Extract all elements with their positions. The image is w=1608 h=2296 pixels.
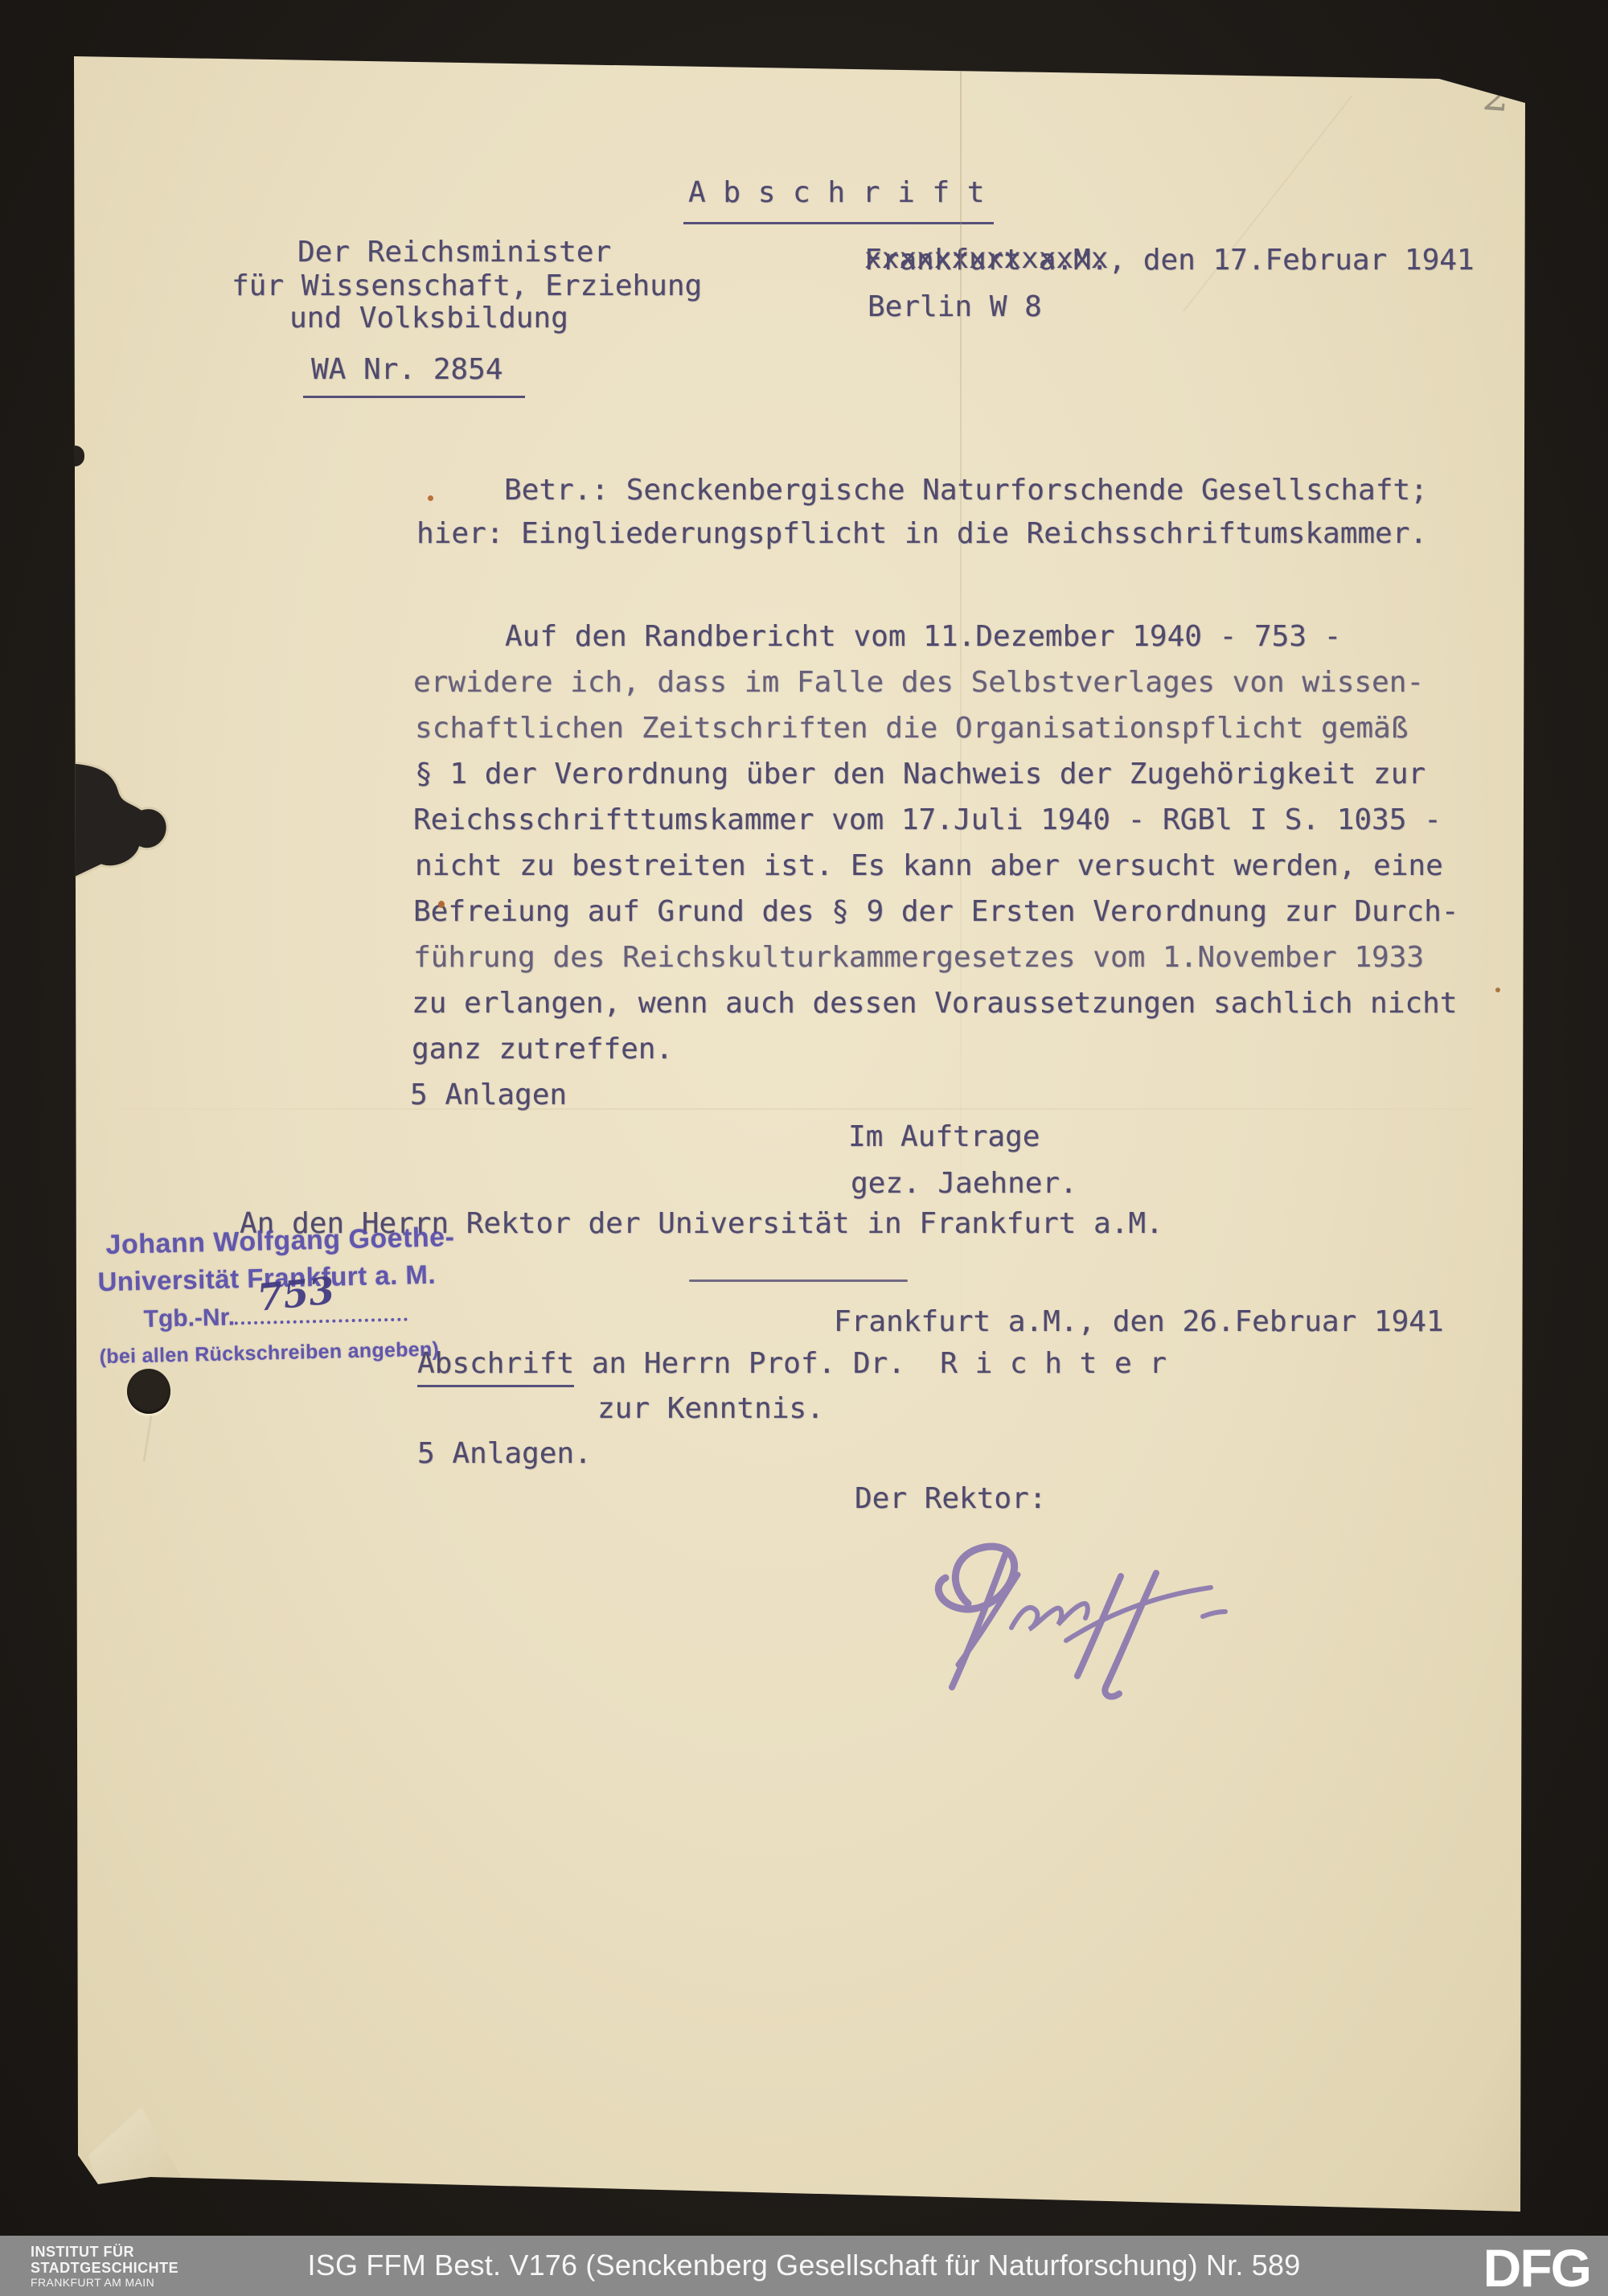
- overstruck-place: Frankfurt a.M.xxxxxxxxxxxxxx: [864, 243, 1108, 278]
- archive-footer-bar: INSTITUT FÜR STADTGESCHICHTE FRANKFURT A…: [0, 2236, 1608, 2296]
- punch-hole-tear-crease: [142, 1415, 152, 1462]
- body-line: Befreiung auf Grund des § 9 der Ersten V…: [413, 894, 1458, 930]
- corner-crease: [1183, 96, 1352, 312]
- horizontal-fold-crease: [122, 1108, 1473, 1110]
- scanned-document-page: { "page_mark": "2", "letter": { "heading…: [0, 0, 1608, 2296]
- dateline-frankfurt: Frankfurt a.M., den 26.Februar 1941: [834, 1304, 1444, 1340]
- copy-note-line1: Abschrift an Herrn Prof. Dr. R i c h t e…: [417, 1346, 1167, 1382]
- body-line: ganz zutreffen.: [412, 1032, 673, 1067]
- separator-rule: [689, 1279, 908, 1282]
- paper-speck: [438, 901, 445, 908]
- subject-line2: hier: Eingliederungspflicht in die Reich…: [416, 516, 1427, 552]
- dateline-city: Berlin W 8: [868, 290, 1042, 325]
- sender-line1: Der Reichsminister: [297, 235, 611, 270]
- body-line: Reichsschrifttumskammer vom 17.Juli 1940…: [413, 803, 1442, 838]
- body-line: nicht zu bestreiten ist. Es kann aber ve…: [415, 848, 1443, 884]
- handwritten-diary-number: 753: [255, 1268, 336, 1320]
- enclosures-note-2: 5 Anlagen.: [417, 1436, 592, 1472]
- im-auftrage-line: Im Auftrage: [848, 1119, 1040, 1155]
- subject-line1: Betr.: Senckenbergische Naturforschende …: [504, 473, 1428, 508]
- sender-reference-number: WA Nr. 2854: [303, 352, 525, 398]
- stamp-tgb-line: Tgb.-Nr.: [143, 1296, 613, 1333]
- dateline-place-date: Frankfurt a.M.xxxxxxxxxxxxxx, den 17.Feb…: [864, 243, 1475, 278]
- overstrike-x-characters: xxxxxxxxxxxxxx: [864, 241, 1108, 277]
- vertical-fold-crease: [960, 48, 962, 1351]
- bottom-left-fold: [88, 2107, 185, 2187]
- body-line: schaftlichen Zeitschriften die Organisat…: [415, 711, 1408, 746]
- paper-speck: [428, 495, 433, 501]
- paper-speck: [1495, 988, 1500, 992]
- heading-abschrift: A b s c h r i f t: [683, 175, 994, 224]
- gez-signature-line: gez. Jaehner.: [851, 1166, 1077, 1201]
- dfg-logo: DFG: [1483, 2237, 1590, 2296]
- sender-line2: für Wissenschaft, Erziehung: [232, 269, 702, 304]
- edge-notch: [72, 446, 84, 466]
- body-line: § 1 der Verordnung über den Nachweis der…: [415, 757, 1425, 792]
- body-line: erwidere ich, dass im Falle des Selbstve…: [413, 665, 1424, 700]
- stamp-line2: Universität Frankfurt a. M.: [97, 1255, 613, 1298]
- stamp-line1: Johann Wolfgang Goethe-: [105, 1218, 612, 1261]
- copy-note-line2: zur Kenntnis.: [597, 1391, 824, 1427]
- rektor-handwritten-signature: [891, 1507, 1245, 1724]
- pencil-page-number: 2: [1481, 72, 1511, 121]
- sender-line3: und Volksbildung: [289, 301, 568, 336]
- letter-paper-sheet: 2 A b s c h r i f t Der Reichsminister f…: [74, 48, 1526, 2213]
- dateline-date: , den 17.Februar 1941: [1108, 244, 1474, 277]
- punch-hole: [127, 1369, 170, 1414]
- body-line: Auf den Randbericht vom 11.Dezember 1940…: [505, 619, 1341, 655]
- copy-note-underlined-word: Abschrift: [417, 1347, 574, 1387]
- torn-punch-hole: [71, 753, 191, 889]
- archive-reference: ISG FFM Best. V176 (Senckenberg Gesellsc…: [0, 2249, 1608, 2282]
- body-line: führung des Reichskulturkammergesetzes v…: [413, 940, 1424, 975]
- body-line: zu erlangen, wenn auch dessen Voraussetz…: [412, 986, 1457, 1021]
